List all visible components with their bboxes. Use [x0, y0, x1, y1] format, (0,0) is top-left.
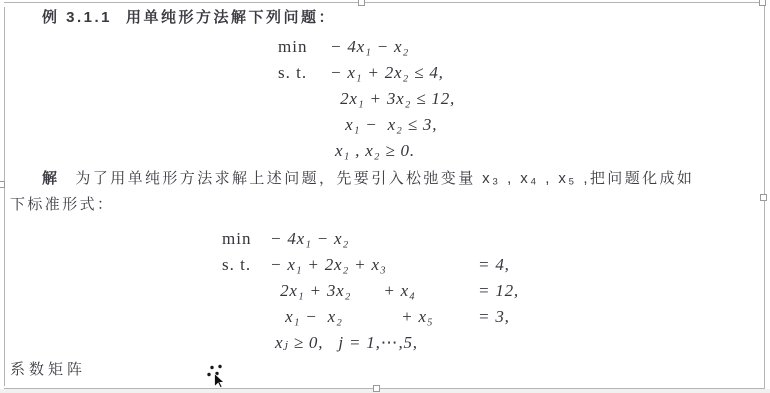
equation-rhs: = 4, [478, 252, 510, 278]
math-row: min− 4x₁ − x₂ [278, 34, 455, 60]
row-label [278, 138, 330, 164]
example-title: 用单纯形方法解下列问题： [126, 9, 336, 26]
objective-label: min [222, 226, 270, 252]
move-arrow-cursor-icon [206, 362, 232, 390]
subject-to-label: s. t. [278, 60, 330, 86]
math-expression: − x₁ + 2x₂ ≤ 4, [330, 60, 444, 86]
page-bottom-edge [0, 389, 770, 393]
lp-problem-original: min− 4x₁ − x₂ s. t.− x₁ + 2x₂ ≤ 4, 2x₁ +… [278, 34, 455, 164]
solution-label: 解 [42, 170, 59, 187]
math-expression: − 4x₁ − x₂ [270, 226, 478, 252]
math-expression: x₁ − x₂ ≤ 3, [330, 112, 437, 138]
solution-paragraph-line2: 下标准形式： [10, 192, 114, 218]
row-label [222, 278, 270, 304]
row-label [222, 304, 270, 330]
math-expression: 2x₁ + 3x₂ ≤ 12, [330, 86, 455, 112]
solution-paragraph-line1: 解为了用单纯形方法求解上述问题，先要引入松弛变量 x₃ , x₄ , x₅ ,把… [42, 166, 694, 192]
math-row: s. t.− x₁ + 2x₂ + x₃= 4, [222, 252, 519, 278]
math-expression: xⱼ ≥ 0, j = 1,⋯,5, [270, 330, 478, 356]
resize-handle-bottom-middle-icon[interactable] [373, 385, 380, 392]
math-row: xⱼ ≥ 0, j = 1,⋯,5, [222, 330, 519, 356]
objective-label: min [278, 34, 330, 60]
coefficient-matrix-label: 系数矩阵 [10, 358, 86, 379]
resize-handle-top-right-icon[interactable] [759, 0, 766, 6]
solution-text: 为了用单纯形方法求解上述问题，先要引入松弛变量 x₃ , x₄ , x₅ ,把问… [75, 170, 694, 187]
math-row: x₁ − x₂ ≤ 3, [278, 112, 455, 138]
resize-handle-top-middle-icon[interactable] [358, 0, 365, 6]
selection-frame-left [4, 7, 5, 386]
selection-frame-top [4, 2, 766, 3]
math-expression: − x₁ + 2x₂ + x₃ [270, 252, 478, 278]
equation-rhs: = 3, [478, 304, 510, 330]
subject-to-label: s. t. [222, 252, 270, 278]
example-heading: 例 3.1.1用单纯形方法解下列问题： [42, 6, 336, 27]
resize-handle-middle-right-icon[interactable] [760, 194, 767, 201]
textbook-content: 例 3.1.1用单纯形方法解下列问题： min− 4x₁ − x₂ s. t.−… [0, 0, 770, 393]
row-label [278, 86, 330, 112]
resize-handle-middle-left-icon[interactable] [0, 181, 5, 188]
row-label [278, 112, 330, 138]
math-row: 2x₁ + 3x₂ + x₄= 12, [222, 278, 519, 304]
equation-rhs: = 12, [478, 278, 519, 304]
math-expression: − 4x₁ − x₂ [330, 34, 409, 60]
math-expression: x₁ , x₂ ≥ 0. [330, 138, 415, 164]
document-page: 例 3.1.1用单纯形方法解下列问题： min− 4x₁ − x₂ s. t.−… [0, 0, 770, 393]
math-row: min− 4x₁ − x₂ [222, 226, 519, 252]
row-label [222, 330, 270, 356]
lp-problem-standard-form: min− 4x₁ − x₂ s. t.− x₁ + 2x₂ + x₃= 4, 2… [222, 226, 519, 356]
math-expression: 2x₁ + 3x₂ + x₄ [270, 278, 478, 304]
solution-text-continued: 下标准形式： [10, 196, 114, 213]
math-row: x₁ , x₂ ≥ 0. [278, 138, 455, 164]
math-expression: x₁ − x₂ + x₅ [270, 304, 478, 330]
math-row: 2x₁ + 3x₂ ≤ 12, [278, 86, 455, 112]
math-row: s. t.− x₁ + 2x₂ ≤ 4, [278, 60, 455, 86]
math-row: x₁ − x₂ + x₅= 3, [222, 304, 519, 330]
example-number: 例 3.1.1 [42, 9, 112, 26]
